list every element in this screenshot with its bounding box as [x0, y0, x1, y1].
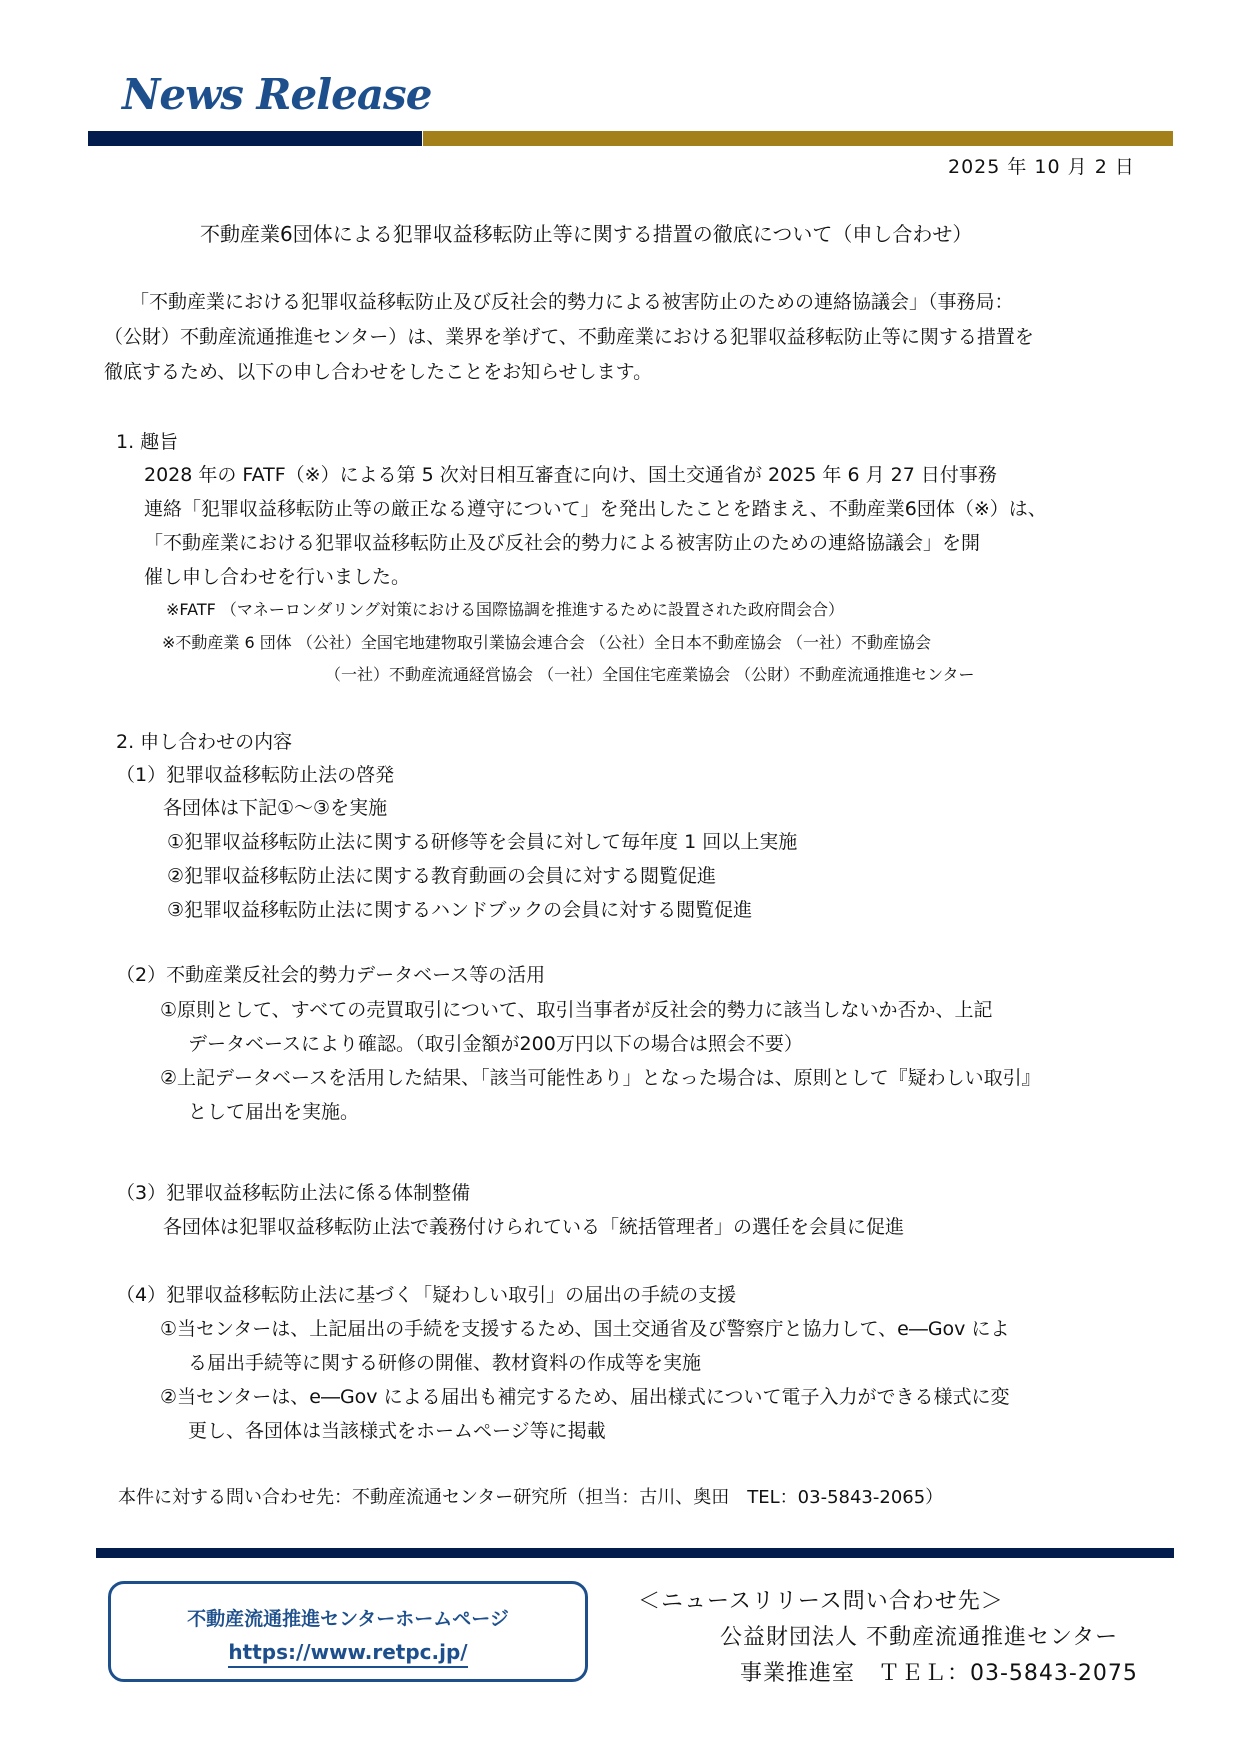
- sub3-heading: （3）犯罪収益移転防止法に係る体制整備: [116, 1178, 470, 1205]
- section1-line: 連絡「犯罪収益移転防止等の厳正なる遵守について」を発出したことを踏まえ、不動産業…: [144, 494, 1047, 521]
- note-groups: ※不動産業 6 団体 （公社）全国宅地建物取引業協会連合会 （公社）全日本不動産…: [162, 630, 931, 653]
- note-fatf: ※FATF （マネーロンダリング対策における国際協調を推進するために設置された政…: [166, 597, 844, 620]
- section1-line: 「不動産業における犯罪収益移転防止及び反社会的勢力による被害防止のための連絡協議…: [144, 528, 980, 555]
- sub2-line: ②上記データベースを活用した結果、「該当可能性あり」となった場合は、原則として『…: [160, 1063, 1041, 1090]
- sub1-lead: 各団体は下記①～③を実施: [163, 793, 387, 820]
- document-title: 不動産業6団体による犯罪収益移転防止等に関する措置の徹底について（申し合わせ）: [200, 218, 972, 247]
- sub2-line: データベースにより確認。（取引金額が200万円以下の場合は照会不要）: [188, 1029, 803, 1056]
- section1-heading: 1. 趣旨: [116, 427, 178, 454]
- note-groups-cont: （一社）不動産流通経営協会 （一社）全国住宅産業協会 （公財）不動産流通推進セン…: [325, 662, 975, 685]
- sub1-item: ①犯罪収益移転防止法に関する研修等を会員に対して毎年度 1 回以上実施: [167, 827, 797, 854]
- intro-line: 徹底するため、以下の申し合わせをしたことをお知らせします。: [104, 357, 652, 384]
- release-date: 2025 年 10 月 2 日: [948, 152, 1135, 179]
- sub1-heading: （1）犯罪収益移転防止法の啓発: [116, 760, 394, 787]
- sub2-heading: （2）不動産業反社会的勢力データベース等の活用: [116, 960, 545, 987]
- sub4-line: ②当センターは、e―Gov による届出も補完するため、届出様式について電子入力が…: [160, 1382, 1009, 1409]
- sub4-line: 更し、各団体は当該様式をホームページ等に掲載: [188, 1416, 606, 1443]
- section2-heading: 2. 申し合わせの内容: [116, 727, 292, 754]
- sub4-line: る届出手続等に関する研修の開催、教材資料の作成等を実施: [188, 1348, 701, 1375]
- sub3-lead: 各団体は犯罪収益移転防止法で義務付けられている「統括管理者」の選任を会員に促進: [163, 1212, 904, 1239]
- homepage-link[interactable]: https://www.retpc.jp/: [111, 1640, 585, 1664]
- sub1-item: ③犯罪収益移転防止法に関するハンドブックの会員に対する閲覧促進: [167, 895, 752, 922]
- section1-line: 2028 年の FATF（※）による第 5 次対日相互審査に向け、国土交通省が …: [144, 460, 997, 487]
- footer-bar-navy: [96, 1548, 1174, 1558]
- intro-line: （公財）不動産流通推進センター）は、業界を挙げて、不動産業における犯罪収益移転防…: [104, 322, 1034, 349]
- contact-organization: 公益財団法人 不動産流通推進センター: [720, 1620, 1118, 1651]
- homepage-url[interactable]: https://www.retpc.jp/: [228, 1640, 467, 1668]
- intro-line: 「不動産業における犯罪収益移転防止及び反社会的勢力による被害防止のための連絡協議…: [130, 287, 1014, 314]
- contact-heading: ＜ニュースリリース問い合わせ先＞: [638, 1584, 1004, 1615]
- homepage-title: 不動産流通推進センターホームページ: [111, 1604, 585, 1631]
- header-bar-gold: [423, 131, 1173, 146]
- news-release-title: News Release: [122, 70, 431, 119]
- inquiry-contact: 本件に対する問い合わせ先：不動産流通センター研究所（担当：古川、奥田 TEL：0…: [118, 1483, 943, 1509]
- contact-department-phone: 事業推進室 ＴＥＬ：03-5843-2075: [740, 1656, 1138, 1687]
- header-bar-navy: [88, 131, 422, 146]
- homepage-box[interactable]: 不動産流通推進センターホームページ https://www.retpc.jp/: [108, 1581, 588, 1682]
- sub2-line: として届出を実施。: [188, 1097, 359, 1124]
- sub1-item: ②犯罪収益移転防止法に関する教育動画の会員に対する閲覧促進: [167, 861, 716, 888]
- section1-line: 催し申し合わせを行いました。: [144, 562, 410, 589]
- sub2-line: ①原則として、すべての売買取引について、取引当事者が反社会的勢力に該当しないか否…: [160, 995, 993, 1022]
- sub4-heading: （4）犯罪収益移転防止法に基づく「疑わしい取引」の届出の手続の支援: [116, 1280, 736, 1307]
- sub4-line: ①当センターは、上記届出の手続を支援するため、国土交通省及び警察庁と協力して、e…: [160, 1314, 1009, 1341]
